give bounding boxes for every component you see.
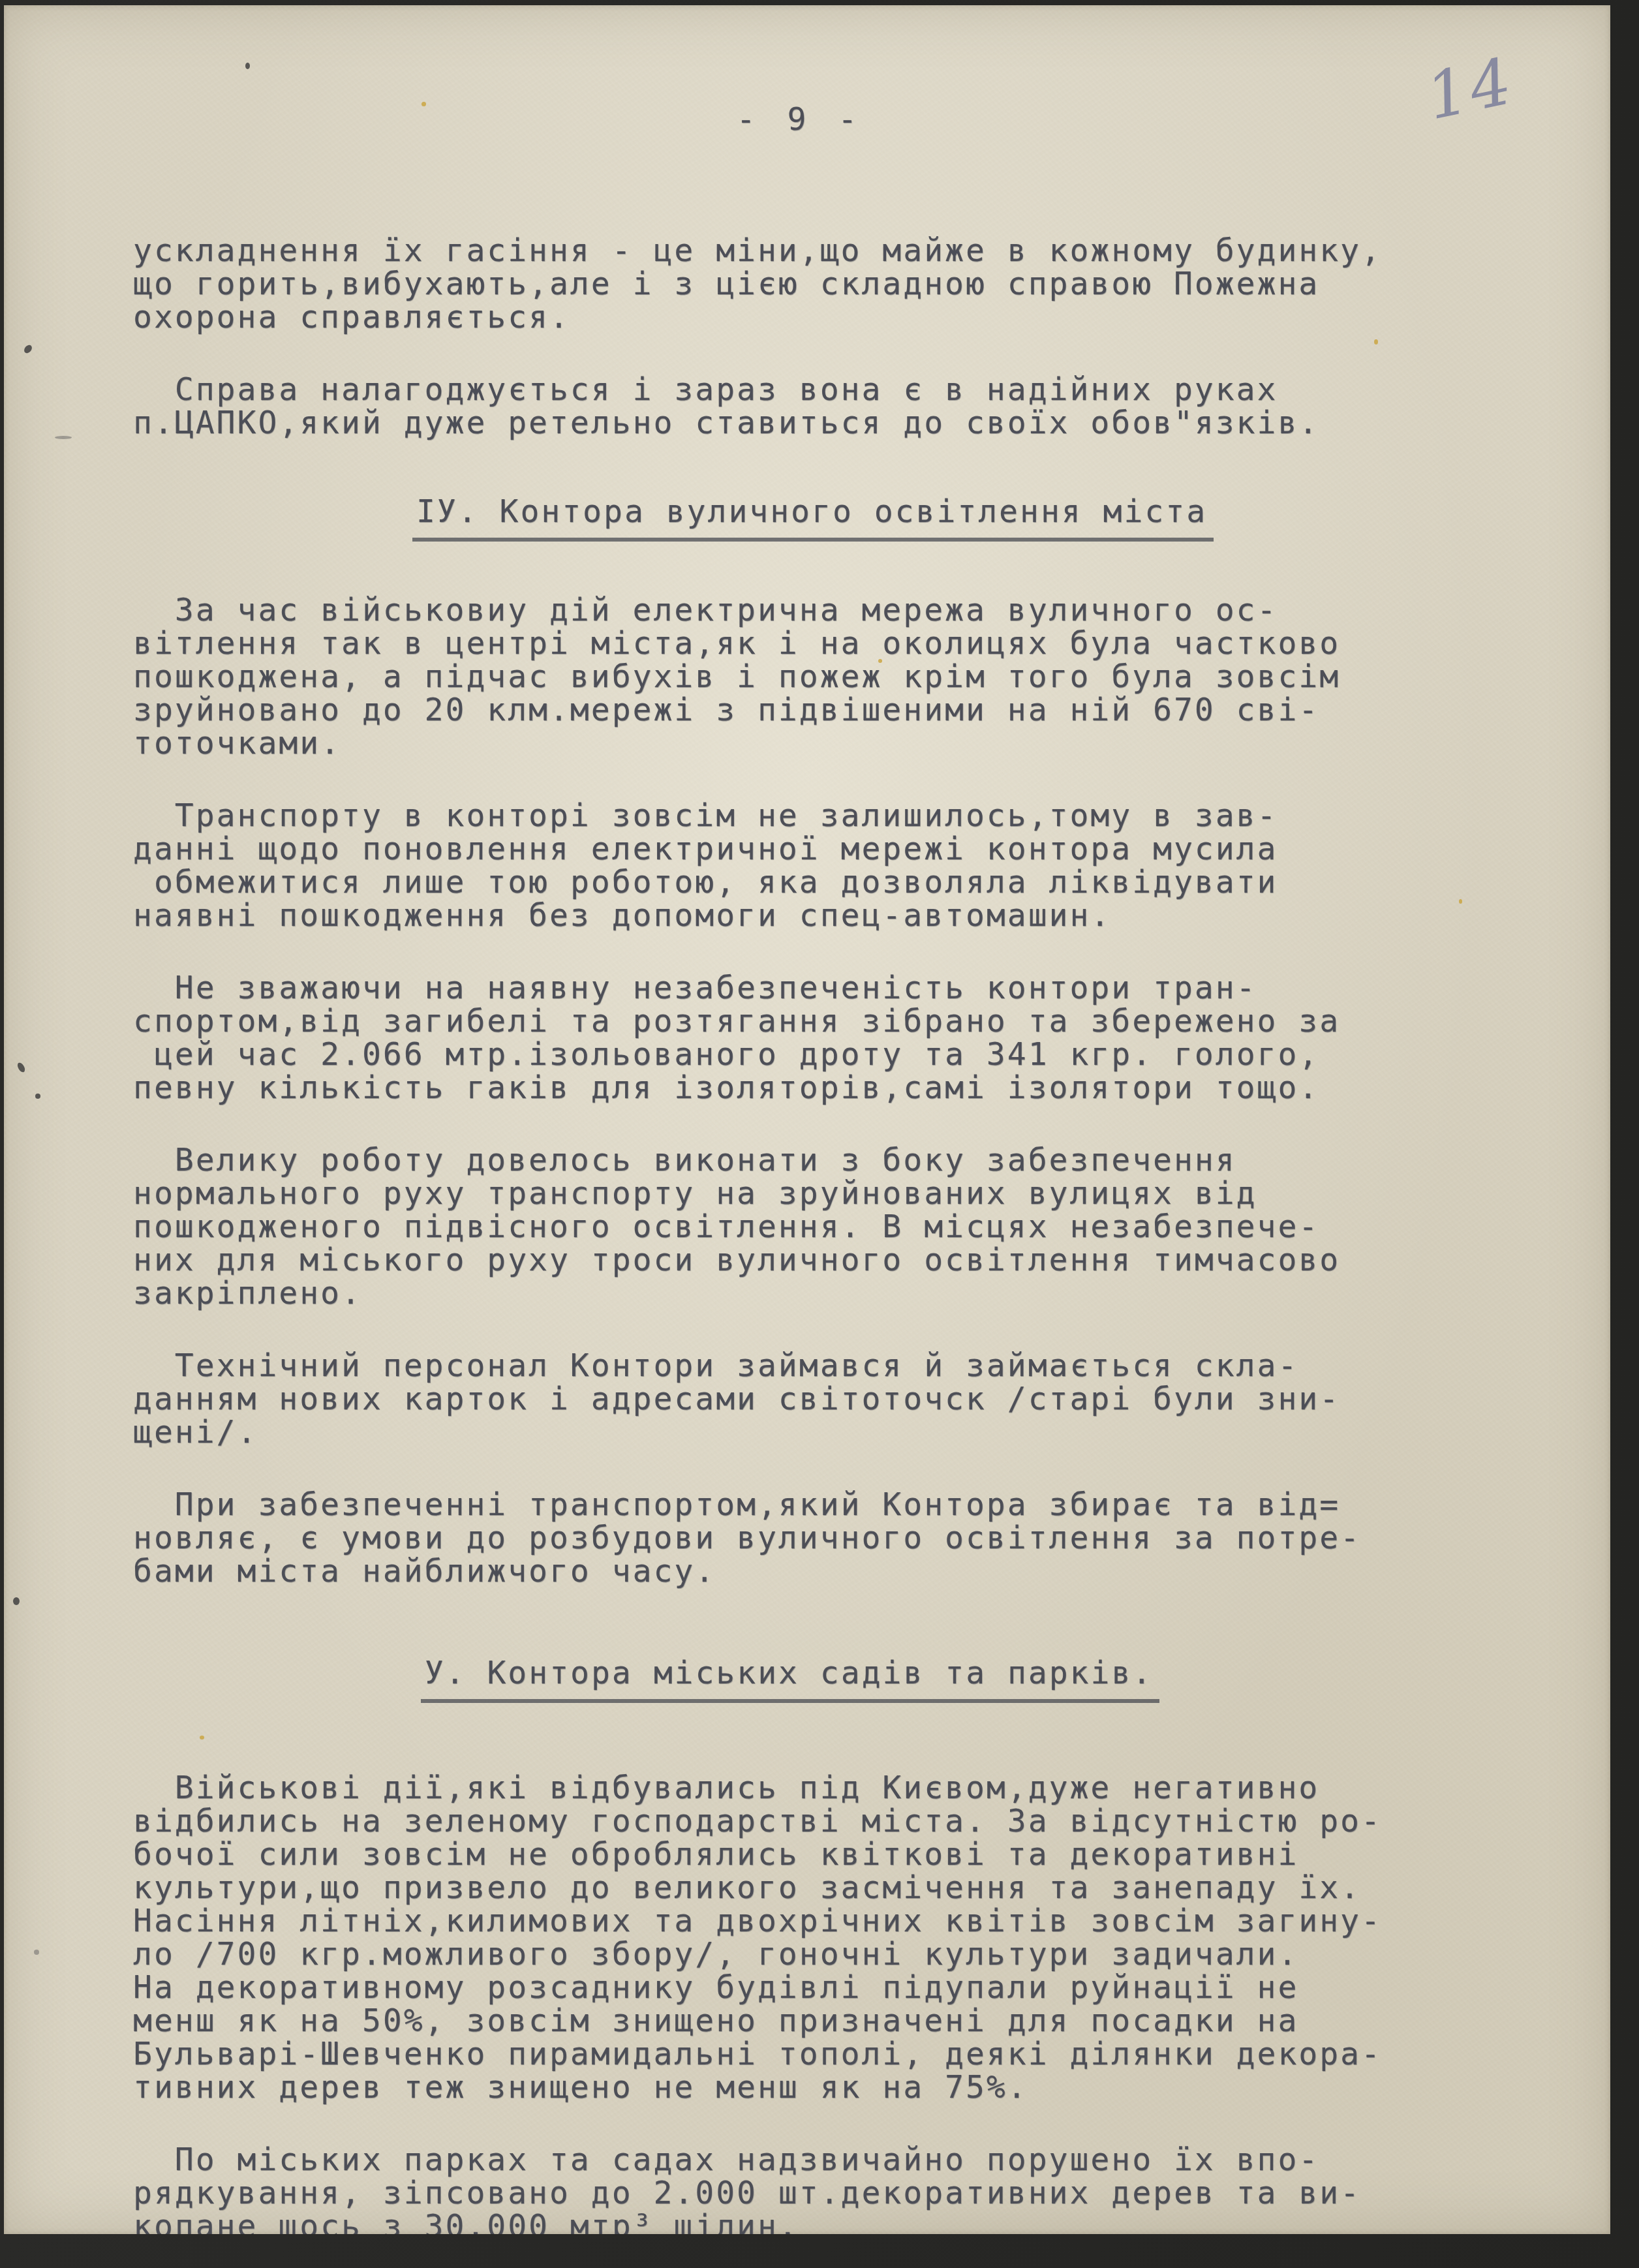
paragraph-network-damage: За час військовиу дій електрична мережа … bbox=[133, 594, 1532, 760]
paragraph-office-transport: Транспорту в конторі зовсім не залишилос… bbox=[133, 799, 1532, 932]
paragraph-green-economy-damage: Військові дії,які відбувались під Києвом… bbox=[133, 1771, 1532, 2104]
page-number: - 9 - bbox=[133, 103, 1467, 136]
paragraph-salvaged-materials: Не зважаючи на наявну незабезпеченість к… bbox=[133, 972, 1532, 1105]
section-heading-gardens-parks: У. Контора міських садів та парків. bbox=[421, 1657, 1159, 1703]
paragraph-fire-guard-head: Справа налагоджується і зараз вона є в н… bbox=[133, 373, 1532, 440]
typewritten-text-block: - 9 - ускладнення їх гасіння - це міни,щ… bbox=[4, 5, 1610, 2234]
section-heading-5-wrap: У. Контора міських садів та парків. bbox=[133, 1657, 1447, 1703]
section-heading-street-lighting: ІУ. Контора вуличного освітлення міста bbox=[412, 495, 1214, 542]
scanner-background: 14 - 9 - ускладнення їх гасіння - це мін… bbox=[0, 0, 1639, 2268]
section-heading-4-wrap: ІУ. Контора вуличного освітлення міста bbox=[133, 495, 1493, 542]
document-page: 14 - 9 - ускладнення їх гасіння - це мін… bbox=[4, 5, 1610, 2234]
paragraph-fire-extinguishing: ускладнення їх гасіння - це міни,що майж… bbox=[133, 234, 1532, 334]
paragraph-lighting-expansion: При забезпеченні транспортом,який Контор… bbox=[133, 1488, 1532, 1588]
paragraph-traffic-safety-work: Велику роботу довелось виконати з боку з… bbox=[133, 1144, 1532, 1310]
paragraph-technical-personnel: Технічний персонал Контори займався й за… bbox=[133, 1349, 1532, 1449]
paragraph-parks-damage: По міських парках та садах надзвичайно п… bbox=[133, 2143, 1532, 2234]
